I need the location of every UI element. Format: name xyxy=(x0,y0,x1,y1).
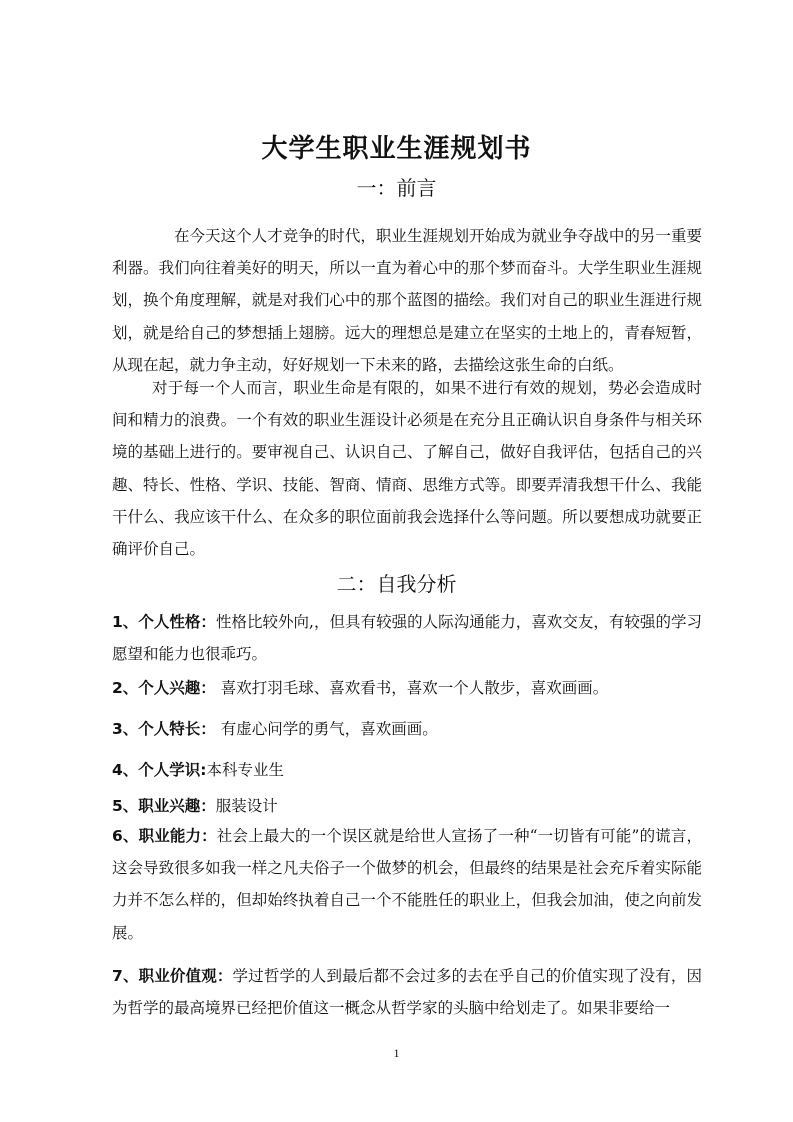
item-text: 本科专业生 xyxy=(206,761,284,779)
preface-paragraph-2: 对于每一个人而言，职业生命是有限的，如果不进行有效的规划，势必会造成时间和精力的… xyxy=(112,372,702,565)
analysis-item-career-values: 7、职业价值观：学过哲学的人到最后都不会过多的去在乎自己的价值实现了没有，因为哲… xyxy=(112,960,702,1024)
item-label: 5、职业兴趣： xyxy=(112,797,216,815)
item-label: 6、职业能力： xyxy=(112,827,217,845)
item-label: 3、个人特长： xyxy=(112,720,216,738)
analysis-item-career-interest: 5、职业兴趣：服装设计 xyxy=(112,790,702,822)
analysis-item-career-ability: 6、职业能力：社会上最大的一个误区就是给世人宣扬了一种“一切皆有可能”的谎言，这… xyxy=(112,820,702,949)
analysis-item-education: 4、个人学识:本科专业生 xyxy=(112,754,702,786)
analysis-item-interests: 2、个人兴趣： 喜欢打羽毛球、喜欢看书，喜欢一个人散步，喜欢画画。 xyxy=(112,672,702,704)
document-page: 大学生职业生涯规划书 一：前言 在今天这个人才竞争的时代，职业生涯规划开始成为就… xyxy=(0,0,793,1122)
item-text: 有虚心问学的勇气，喜欢画画。 xyxy=(216,720,438,738)
item-text: 服装设计 xyxy=(216,797,278,815)
item-label: 4、个人学识: xyxy=(112,761,206,779)
section-heading-self-analysis: 二：自我分析 xyxy=(0,568,793,597)
preface-paragraph-1: 在今天这个人才竞争的时代，职业生涯规划开始成为就业争夺战中的另一重要利器。我们向… xyxy=(112,220,702,381)
analysis-item-personality: 1、个人性格：性格比较外向,，但具有较强的人际沟通能力，喜欢交友，有较强的学习愿… xyxy=(112,606,702,670)
item-label: 2、个人兴趣： xyxy=(112,679,216,697)
document-title: 大学生职业生涯规划书 xyxy=(0,128,793,165)
analysis-item-strengths: 3、个人特长： 有虚心问学的勇气，喜欢画画。 xyxy=(112,713,702,745)
item-label: 7、职业价值观： xyxy=(112,967,233,985)
item-label: 1、个人性格： xyxy=(112,613,216,631)
page-number: 1 xyxy=(0,1046,793,1061)
item-text: 喜欢打羽毛球、喜欢看书，喜欢一个人散步，喜欢画画。 xyxy=(216,679,608,697)
section-heading-preface: 一：前言 xyxy=(0,172,793,201)
